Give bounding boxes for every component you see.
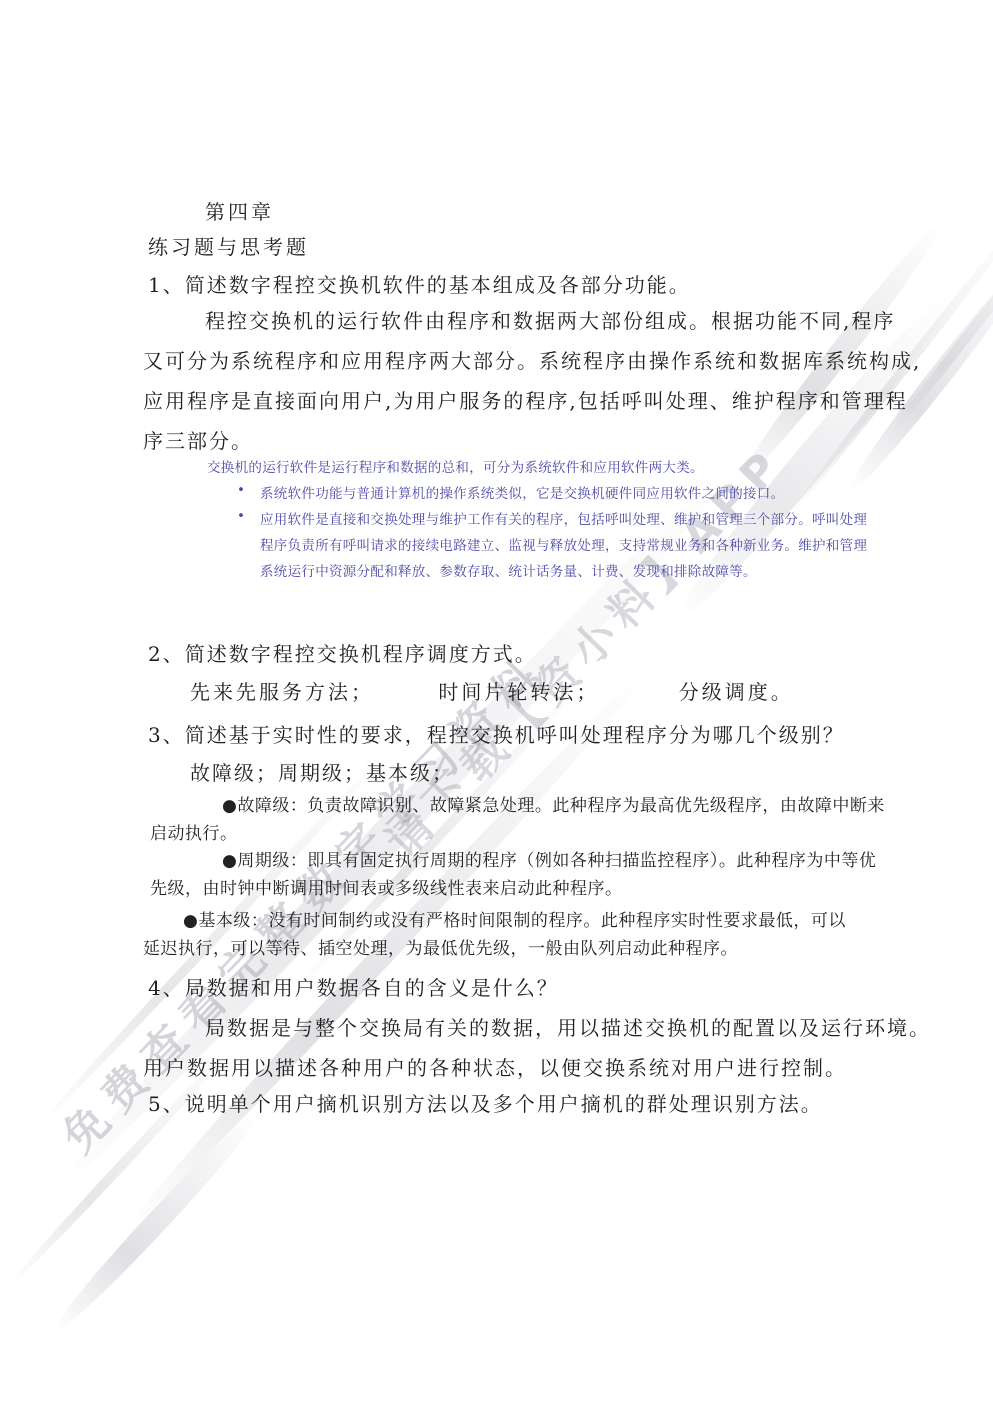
note-bullet-text: 系统运行中资源分配和释放、参数存取、统计话务量、计费、发现和排除故障等。 [0, 560, 993, 586]
document-page: 免费查看完整数字学习资料 请下载【资小料】APP 第四章 练习题与思考题 1、简… [0, 0, 993, 1404]
answer-item: 先来先服务方法； [190, 678, 374, 706]
level-text: 启动执行。 [0, 820, 993, 848]
note-bullet-text: 系统软件功能与普通计算机的操作系统类似，它是交换机硬件同应用软件之间的接口。 [260, 482, 784, 508]
answer-line: 又可分为系统程序和应用程序两大部分。系统程序由操作系统和数据库系统构成, [0, 345, 993, 385]
question-1-answer: 程控交换机的运行软件由程序和数据两大部份组成。根据功能不同,程序 又可分为系统程… [0, 305, 993, 465]
question-5-title: 5、说明单个用户摘机识别方法以及多个用户摘机的群处理识别方法。 [148, 1088, 823, 1117]
question-3-title: 3、简述基于实时性的要求，程控交换机呼叫处理程序分为哪几个级别？ [148, 719, 845, 748]
level-line: ●周期级：即具有固定执行周期的程序（例如各种扫描监控程序）。此种程序为中等优 [0, 847, 993, 875]
question-2-title: 2、简述数字程控交换机程序调度方式。 [148, 638, 537, 667]
level-periodic: ●周期级：即具有固定执行周期的程序（例如各种扫描监控程序）。此种程序为中等优 先… [0, 847, 993, 903]
question-3-answer-summary: 故障级；周期级；基本级； [190, 759, 454, 787]
bullet-dot-icon: ● [222, 851, 237, 871]
level-fault: ●故障级：负责故障识别、故障紧急处理。此种程序为最高优先级程序，由故障中断来 启… [0, 792, 993, 848]
level-line: ●故障级：负责故障识别、故障紧急处理。此种程序为最高优先级程序，由故障中断来 [0, 792, 993, 820]
level-line: ●基本级：没有时间制约或没有严格时间限制的程序。此种程序实时性要求最低，可以 [0, 907, 993, 935]
bullet-dot-icon: • [237, 482, 260, 508]
question-1-note: 交换机的运行软件是运行程序和数据的总和，可分为系统软件和应用软件两大类。 • 系… [0, 456, 993, 586]
level-text: 故障级：负责故障识别、故障紧急处理。此种程序为最高优先级程序，由故障中断来 [237, 796, 885, 816]
bullet-dot-icon: • [237, 508, 260, 534]
bullet-dot-icon: ● [222, 796, 237, 816]
answer-item: 分级调度。 [679, 678, 794, 706]
note-bullet-text: 程序负责所有呼叫请求的接续电路建立、监视与释放处理，支持常规业务和各种新业务。维… [0, 534, 993, 560]
question-2-answer: 先来先服务方法； 时间片轮转法； 分级调度。 [190, 678, 794, 706]
question-1-title: 1、简述数字程控交换机软件的基本组成及各部分功能。 [148, 269, 691, 298]
level-text: 基本级：没有时间制约或没有严格时间限制的程序。此种程序实时性要求最低，可以 [198, 911, 846, 931]
bullet-dot-icon: ● [183, 911, 198, 931]
question-4-title: 4、局数据和用户数据各自的含义是什么？ [148, 972, 559, 1001]
level-text: 延迟执行，可以等待、插空处理，为最低优先级，一般由队列启动此种程序。 [0, 935, 993, 963]
answer-line: 用户数据用以描述各种用户的各种状态，以便交换系统对用户进行控制。 [143, 1052, 847, 1092]
answer-line: 局数据是与整个交换局有关的数据，用以描述交换机的配置以及运行环境。 [205, 1012, 931, 1052]
note-intro: 交换机的运行软件是运行程序和数据的总和，可分为系统软件和应用软件两大类。 [0, 456, 993, 482]
level-text: 周期级：即具有固定执行周期的程序（例如各种扫描监控程序）。此种程序为中等优 [237, 851, 876, 871]
watermark-streak [47, 1104, 268, 1338]
note-bullet-item: • 应用软件是直接和交换处理与维护工作有关的程序，包括呼叫处理、维护和管理三个部… [0, 508, 993, 534]
answer-line: 应用程序是直接面向用户,为用户服务的程序,包括呼叫处理、维护程序和管理程 [0, 385, 993, 425]
section-heading: 练习题与思考题 [148, 231, 309, 260]
answer-line: 程控交换机的运行软件由程序和数据两大部份组成。根据功能不同,程序 [0, 305, 993, 345]
note-bullet-item: • 系统软件功能与普通计算机的操作系统类似，它是交换机硬件同应用软件之间的接口。 [0, 482, 993, 508]
note-bullet-text: 应用软件是直接和交换处理与维护工作有关的程序，包括呼叫处理、维护和管理三个部分。… [260, 508, 867, 534]
answer-item: 时间片轮转法； [438, 678, 599, 706]
level-basic: ●基本级：没有时间制约或没有严格时间限制的程序。此种程序实时性要求最低，可以 延… [0, 907, 993, 963]
chapter-heading: 第四章 [205, 196, 274, 225]
level-text: 先级，由时钟中断调用时间表或多级线性表来启动此种程序。 [0, 875, 993, 903]
